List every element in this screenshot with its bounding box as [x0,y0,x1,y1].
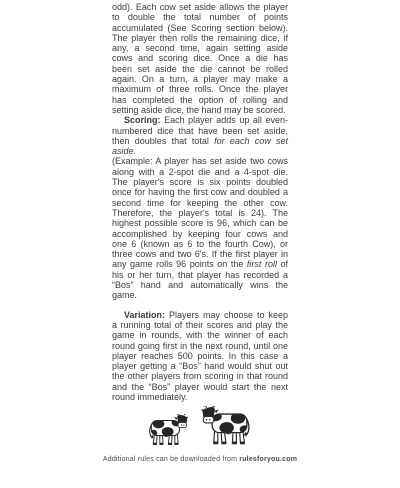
cow-large-icon [200,406,255,448]
rules-text-column: odd). Each cow set aside allows the play… [112,0,288,402]
paragraph-turn-rules: odd). Each cow set aside allows the play… [112,2,288,115]
cow-small-icon [146,414,188,448]
footer-download-note: Additional rules can be downloaded from … [0,456,400,464]
example-italic-phrase: first roll [247,259,277,269]
variation-body-text: Players may choose to keep a running tot… [112,310,288,402]
paragraph-variation: Variation: Players may choose to keep a … [112,310,288,403]
paragraph-example: (Example: A player has set aside two cow… [112,156,288,300]
rules-page: odd). Each cow set aside allows the play… [0,0,400,488]
example-text-start: (Example: A player has set aside two cow… [112,156,288,269]
cow-illustrations [0,406,400,448]
scoring-heading: Scoring: [124,115,161,125]
variation-heading: Variation: [124,310,165,320]
footer-website-name: rulesforyou.com [239,456,297,463]
paragraph-scoring: Scoring: Each player adds up all even-nu… [112,115,288,156]
footer-text: Additional rules can be downloaded from [103,456,239,463]
